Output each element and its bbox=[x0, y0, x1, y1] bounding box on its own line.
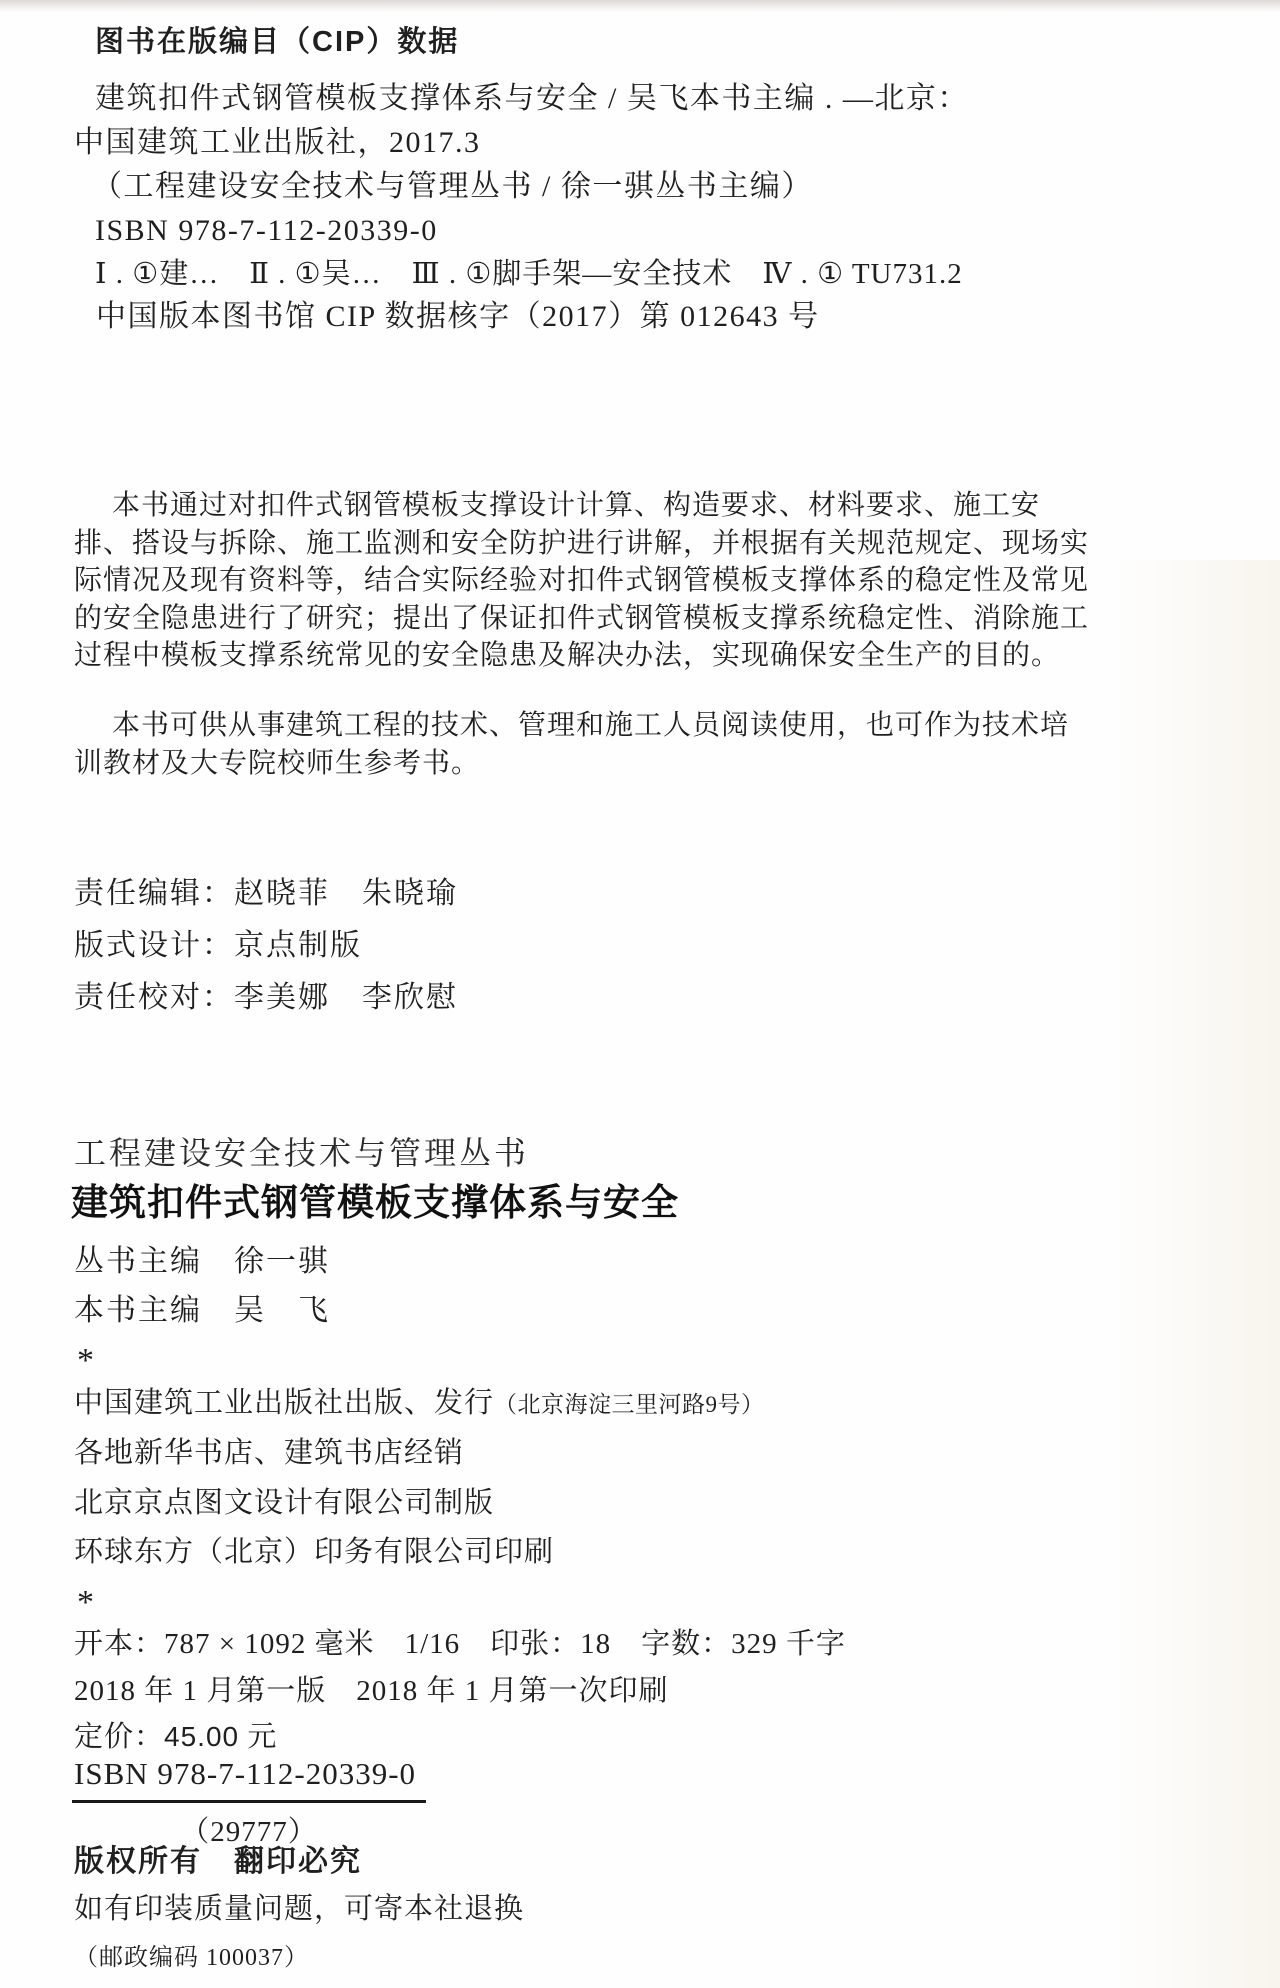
abstract-line: 的安全隐患进行了研究；提出了保证扣件式钢管模板支撑系统稳定性、消除施工 bbox=[74, 601, 1089, 636]
responsible-editor-line: 责任编辑：赵晓菲 朱晓瑜 bbox=[74, 875, 458, 913]
abstract-line: 排、搭设与拆除、施工监测和安全防护进行讲解，并根据有关规范规定、现场实 bbox=[74, 526, 1089, 561]
abstract-line: 训教材及大专院校师生参考书。 bbox=[74, 746, 480, 781]
publisher-address-note: （北京海淀三里河路9号） bbox=[494, 1392, 765, 1417]
publisher-line: 中国建筑工业出版社出版、发行（北京海淀三里河路9号） bbox=[74, 1385, 765, 1421]
printing-line: 环球东方（北京）印务有限公司印刷 bbox=[74, 1534, 554, 1570]
scan-edge-tint bbox=[1110, 560, 1280, 1988]
price-value: 45.00 bbox=[164, 1721, 239, 1752]
divider-asterisk: * bbox=[77, 1582, 94, 1625]
rights-notice: 版权所有 翻印必究 bbox=[74, 1843, 362, 1881]
layout-design-line: 版式设计：京点制版 bbox=[74, 927, 362, 965]
cip-record-line: 中国版本图书馆 CIP 数据核字（2017）第 012643 号 bbox=[96, 298, 820, 336]
cip-series-line: （工程建设安全技术与管理丛书 / 徐一骐丛书主编） bbox=[92, 168, 813, 206]
book-title: 建筑扣件式钢管模板支撑体系与安全 bbox=[71, 1180, 679, 1226]
publisher-text: 中国建筑工业出版社出版、发行 bbox=[74, 1387, 494, 1419]
series-title: 工程建设安全技术与管理丛书 bbox=[74, 1133, 529, 1173]
cip-heading: 图书在版编目（CIP）数据 bbox=[95, 24, 459, 60]
returns-notice: 如有印装质量问题，可寄本社退换 bbox=[74, 1891, 524, 1927]
divider-asterisk: * bbox=[77, 1340, 94, 1383]
cip-publisher-line: 中国建筑工业出版社，2017.3 bbox=[74, 124, 481, 162]
price-line: 定价：45.00 元 bbox=[74, 1719, 277, 1755]
price-label: 定价： bbox=[74, 1721, 164, 1753]
book-editor-line: 本书主编 吴 飞 bbox=[74, 1292, 330, 1330]
edition-line: 2018 年 1 月第一版 2018 年 1 月第一次印刷 bbox=[74, 1673, 669, 1709]
abstract-line: 过程中模板支撑系统常见的安全隐患及解决办法，实现确保安全生产的目的。 bbox=[74, 638, 1060, 673]
format-line: 开本：787 × 1092 毫米 1/16 印张：18 字数：329 千字 bbox=[74, 1626, 846, 1662]
copyright-page: 图书在版编目（CIP）数据 建筑扣件式钢管模板支撑体系与安全 / 吴飞本书主编 … bbox=[0, 0, 1280, 1988]
abstract-line: 际情况及现有资料等，结合实际经验对扣件式钢管模板支撑体系的稳定性及常见 bbox=[74, 563, 1089, 598]
plate-making-line: 北京京点图文设计有限公司制版 bbox=[74, 1485, 494, 1521]
scan-edge-shadow bbox=[0, 0, 1280, 12]
abstract-line: 本书通过对扣件式钢管模板支撑设计计算、构造要求、材料要求、施工安 bbox=[112, 488, 1040, 523]
cip-isbn-line: ISBN 978-7-112-20339-0 bbox=[95, 212, 438, 250]
cip-classification: Ⅰ . ①建… Ⅱ . ①吴… Ⅲ . ①脚手架—安全技术 Ⅳ . ① TU73… bbox=[95, 256, 963, 292]
series-editor-line: 丛书主编 徐一骐 bbox=[74, 1243, 330, 1281]
cip-title-line: 建筑扣件式钢管模板支撑体系与安全 / 吴飞本书主编 . —北京： bbox=[95, 80, 969, 118]
proofreader-line: 责任校对：李美娜 李欣慰 bbox=[74, 979, 458, 1017]
isbn-block: ISBN 978-7-112-20339-0 （29777） bbox=[72, 1756, 426, 1850]
distribution-line: 各地新华书店、建筑书店经销 bbox=[74, 1435, 464, 1471]
price-unit: 元 bbox=[239, 1721, 277, 1753]
postal-code: （邮政编码 100037） bbox=[74, 1943, 309, 1973]
isbn-number: ISBN 978-7-112-20339-0 bbox=[72, 1756, 426, 1803]
abstract-line: 本书可供从事建筑工程的技术、管理和施工人员阅读使用，也可作为技术培 bbox=[112, 708, 1069, 743]
